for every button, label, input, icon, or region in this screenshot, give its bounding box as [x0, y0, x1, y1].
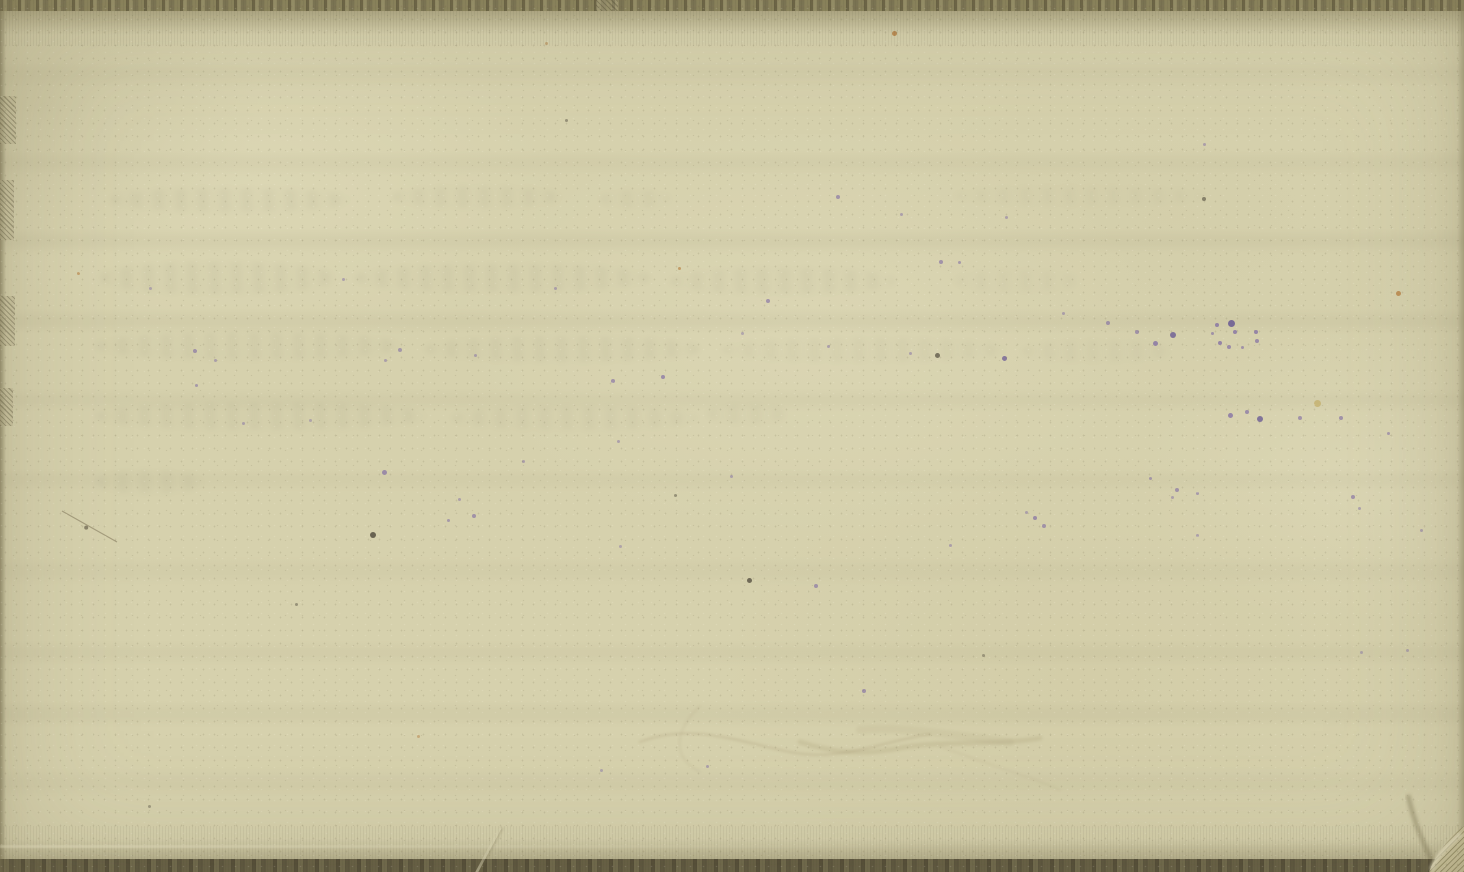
- scan-edge-top: [0, 0, 1464, 11]
- scan-edge-top-shade: [0, 11, 1464, 35]
- smudge-stroke: [680, 706, 700, 772]
- scan-edge-left: [0, 0, 6, 872]
- corner-curl: [1304, 742, 1464, 872]
- scan-edge-bottom: [0, 859, 1464, 872]
- fold-highlight: [0, 845, 1000, 848]
- smudge-drawing: [0, 0, 1464, 872]
- smudge-stroke: [860, 729, 1010, 742]
- postcard-verso-scan: [0, 0, 1464, 872]
- scan-edge-bottom-shade: [0, 839, 1464, 859]
- smudge-stroke: [940, 746, 1060, 790]
